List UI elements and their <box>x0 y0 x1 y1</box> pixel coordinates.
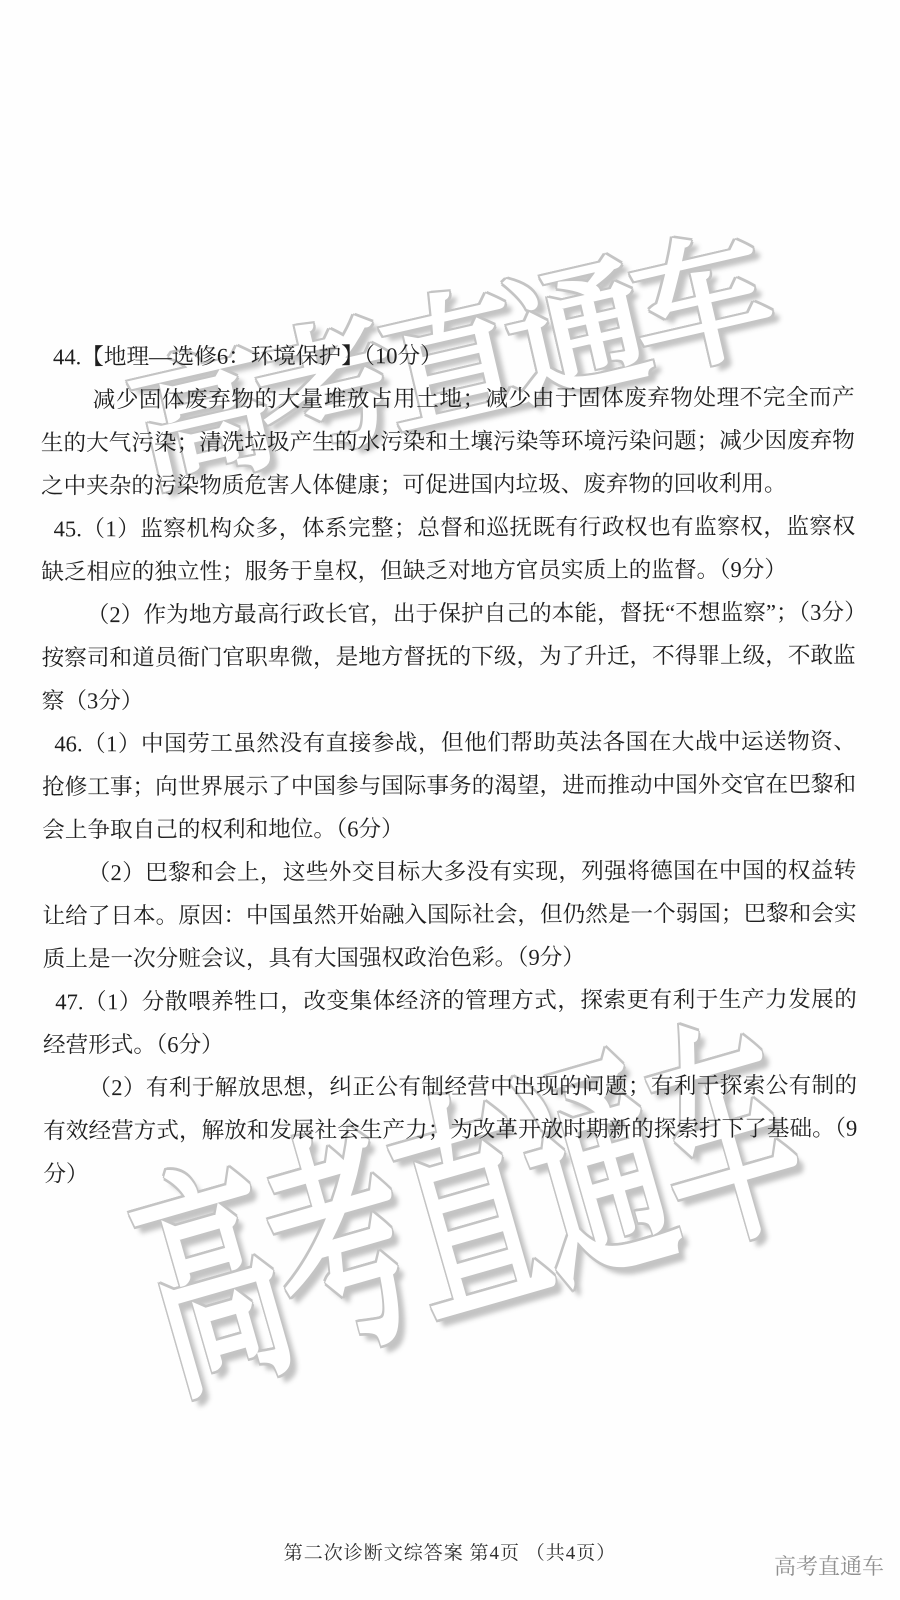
answer-44-heading: 44.【地理—选修6：环境保护】（10分） <box>41 333 855 379</box>
answer-sheet-page: 高考直通车 高考直通车 44.【地理—选修6：环境保护】（10分） 减少固体废弃… <box>0 0 900 1600</box>
answer-45-part1: 45.（1）监察机构众多，体系完整；总督和巡抚既有行政权也有监察权，监察权缺乏相… <box>41 505 855 594</box>
footer-page-label: 第二次诊断文综答案 第4页 （共4页） <box>0 1538 900 1565</box>
footer-brand-watermark: 高考直通车 <box>774 1550 884 1581</box>
answer-45-part2: （2）作为地方最高行政长官，出于保护自己的本能，督抚“不想监察”；（3分）按察司… <box>41 591 855 723</box>
answer-46-part1: 46.（1）中国劳工虽然没有直接参战，但他们帮助英法各国在大战中运送物资、抢修工… <box>42 720 856 852</box>
answers-text-block: 44.【地理—选修6：环境保护】（10分） 减少固体废弃物的大量堆放占用土地；减… <box>41 333 858 1196</box>
answer-44-body: 减少固体废弃物的大量堆放占用土地；减少由于固体废弃物处理不完全而产生的大气污染；… <box>41 376 855 508</box>
answer-47-part2: （2）有利于解放思想，纠正公有制经营中出现的问题；有利于探索公有制的有效经营方式… <box>43 1064 857 1196</box>
answer-46-part2: （2）巴黎和会上，这些外交目标大多没有实现，列强将德国在中国的权益转让给了日本。… <box>42 849 856 981</box>
answer-47-part1: 47.（1）分散喂养牲口，改变集体经济的管理方式，探索更有利于生产力发展的经营形… <box>43 978 857 1067</box>
